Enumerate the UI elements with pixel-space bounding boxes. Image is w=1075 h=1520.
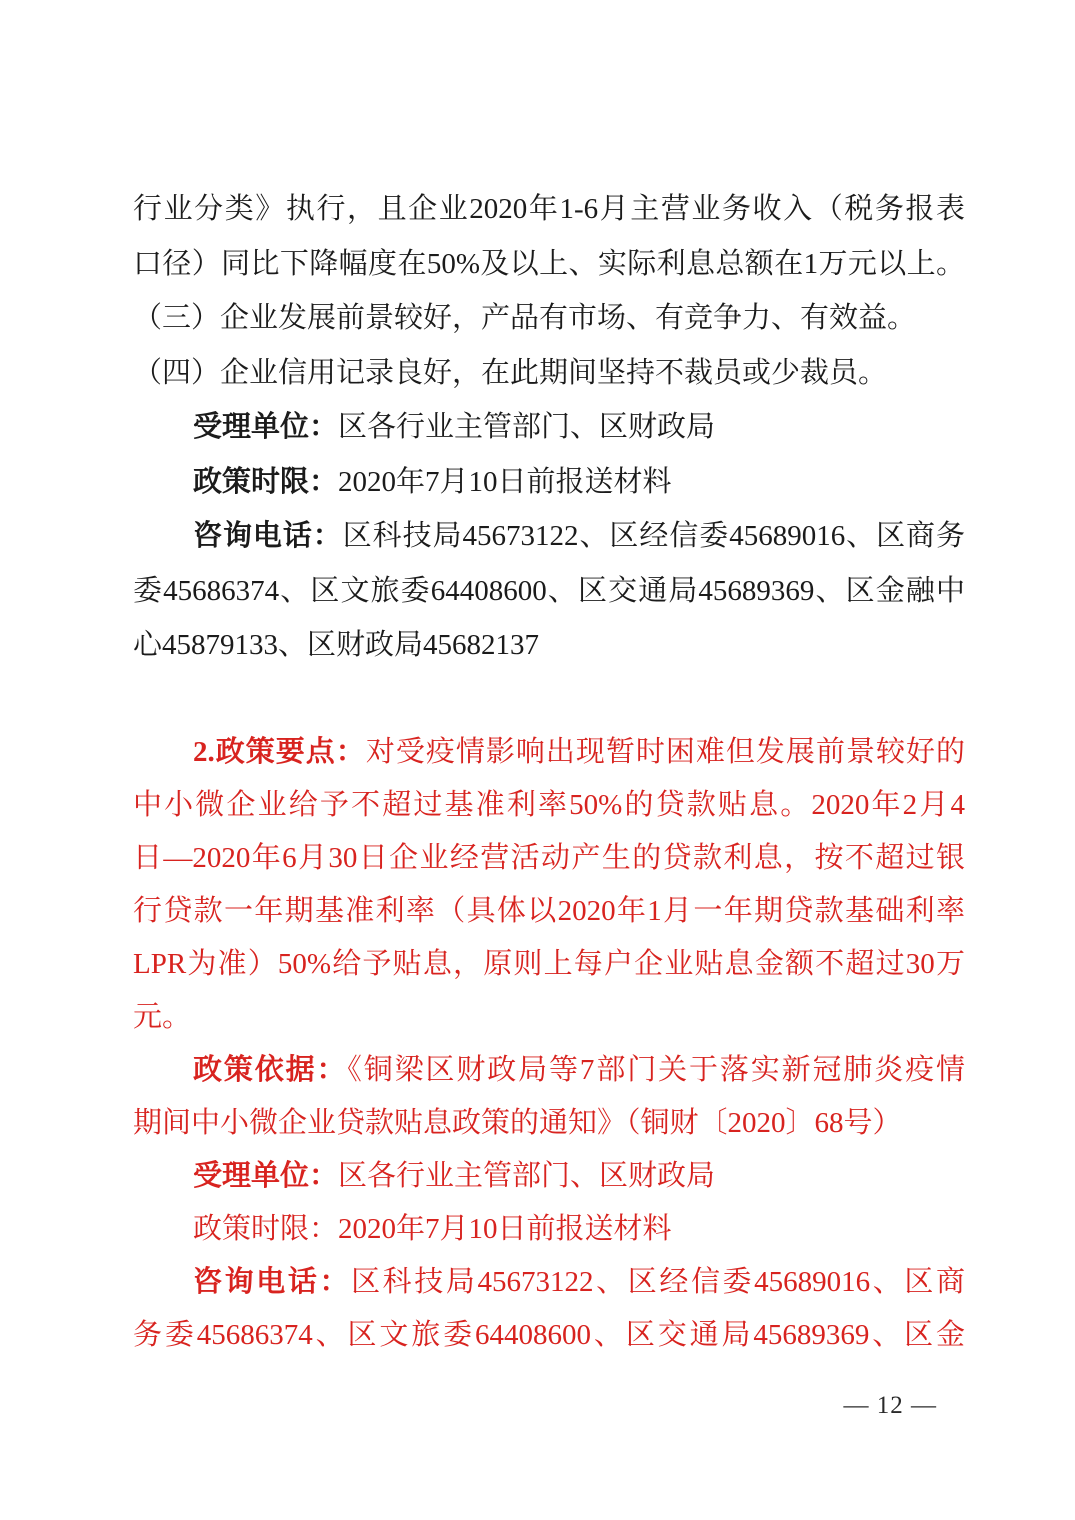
line-text: 口径）同比下降幅度在50%及以上、实际利息总额在1万元以上。 — [133, 248, 965, 280]
consult-phone-label: 咨询电话： — [193, 1266, 351, 1298]
line-text: 务委45686374、区文旅委64408600、区交通局45689369、区金 — [133, 1319, 965, 1351]
text-line: 期间中小微企业贷款贴息政策的通知》（铜财〔2020〕68号） — [133, 1097, 965, 1150]
line-text: （四）企业信用记录良好，在此期间坚持不裁员或少裁员。 — [133, 357, 887, 389]
line-text: 日—2020年6月30日企业经营活动产生的贷款利息，按不超过银 — [133, 842, 965, 874]
text-line: （三）企业发展前景较好，产品有市场、有竞争力、有效益。 — [133, 291, 965, 346]
text-line: 咨询电话：区科技局45673122、区经信委45689016、区商务 — [133, 509, 965, 564]
text-line: 行业分类》执行，且企业2020年1-6月主营业务收入（税务报表 — [133, 182, 965, 237]
text-line: （四）企业信用记录良好，在此期间坚持不裁员或少裁员。 — [133, 346, 965, 401]
document-page: 行业分类》执行，且企业2020年1-6月主营业务收入（税务报表 口径）同比下降幅… — [0, 0, 1075, 1520]
text-line: 政策时限：2020年7月10日前报送材料 — [133, 1203, 965, 1256]
line-text: 行贷款一年期基准利率（具体以2020年1月一年期贷款基础利率 — [133, 895, 965, 927]
policy-basis-label: 政策依据： — [193, 1054, 347, 1086]
policy-points-label: 2.政策要点： — [193, 736, 366, 768]
line-text: 区各行业主管部门、区财政局 — [338, 411, 715, 443]
line-text: 期间中小微企业贷款贴息政策的通知》（铜财〔2020〕68号） — [133, 1107, 902, 1139]
line-text: （三）企业发展前景较好，产品有市场、有竞争力、有效益。 — [133, 302, 916, 334]
text-line: LPR为准）50%给予贴息，原则上每户企业贴息金额不超过30万 — [133, 938, 965, 991]
line-text: 行业分类》执行，且企业2020年1-6月主营业务收入（税务报表 — [133, 193, 965, 225]
accepting-unit-label: 受理单位： — [193, 1160, 338, 1192]
line-text: 委45686374、区文旅委64408600、区交通局45689369、区金融中 — [133, 575, 965, 607]
text-line: 咨询电话：区科技局45673122、区经信委45689016、区商 — [133, 1256, 965, 1309]
text-line: 委45686374、区文旅委64408600、区交通局45689369、区金融中 — [133, 564, 965, 619]
line-text: 中小微企业给予不超过基准利率50%的贷款贴息。2020年2月4 — [133, 789, 965, 821]
line-text: 政策时限：2020年7月10日前报送材料 — [193, 1213, 672, 1245]
text-line: 元。 — [133, 991, 965, 1044]
accepting-unit-label: 受理单位： — [193, 411, 338, 443]
line-text: 心45879133、区财政局45682137 — [133, 629, 539, 661]
text-line: 受理单位：区各行业主管部门、区财政局 — [133, 400, 965, 455]
text-line: 心45879133、区财政局45682137 — [133, 618, 965, 673]
text-line: 政策时限：2020年7月10日前报送材料 — [133, 455, 965, 510]
page-number: — 12 — — [844, 1392, 938, 1420]
text-line: 政策依据：《铜梁区财政局等7部门关于落实新冠肺炎疫情 — [133, 1044, 965, 1097]
line-text: 对受疫情影响出现暂时困难但发展前景较好的 — [366, 736, 965, 768]
line-text: LPR为准）50%给予贴息，原则上每户企业贴息金额不超过30万 — [133, 948, 965, 980]
black-text-section: 行业分类》执行，且企业2020年1-6月主营业务收入（税务报表 口径）同比下降幅… — [133, 182, 965, 673]
red-text-section: 2.政策要点：对受疫情影响出现暂时困难但发展前景较好的 中小微企业给予不超过基准… — [133, 726, 965, 1362]
line-text: 区各行业主管部门、区财政局 — [338, 1160, 715, 1192]
line-text: 《铜梁区财政局等7部门关于落实新冠肺炎疫情 — [347, 1054, 965, 1086]
line-text: 区科技局45673122、区经信委45689016、区商 — [351, 1266, 965, 1298]
line-text: 2020年7月10日前报送材料 — [338, 466, 672, 498]
text-line: 受理单位：区各行业主管部门、区财政局 — [133, 1150, 965, 1203]
text-line: 行贷款一年期基准利率（具体以2020年1月一年期贷款基础利率 — [133, 885, 965, 938]
line-text: 区科技局45673122、区经信委45689016、区商务 — [343, 520, 965, 552]
text-line: 口径）同比下降幅度在50%及以上、实际利息总额在1万元以上。 — [133, 237, 965, 292]
text-line: 中小微企业给予不超过基准利率50%的贷款贴息。2020年2月4 — [133, 779, 965, 832]
consult-phone-label: 咨询电话： — [193, 520, 343, 552]
line-text: 元。 — [133, 1001, 191, 1033]
text-line: 务委45686374、区文旅委64408600、区交通局45689369、区金 — [133, 1309, 965, 1362]
text-line: 日—2020年6月30日企业经营活动产生的贷款利息，按不超过银 — [133, 832, 965, 885]
policy-deadline-label: 政策时限： — [193, 466, 338, 498]
text-line: 2.政策要点：对受疫情影响出现暂时困难但发展前景较好的 — [133, 726, 965, 779]
